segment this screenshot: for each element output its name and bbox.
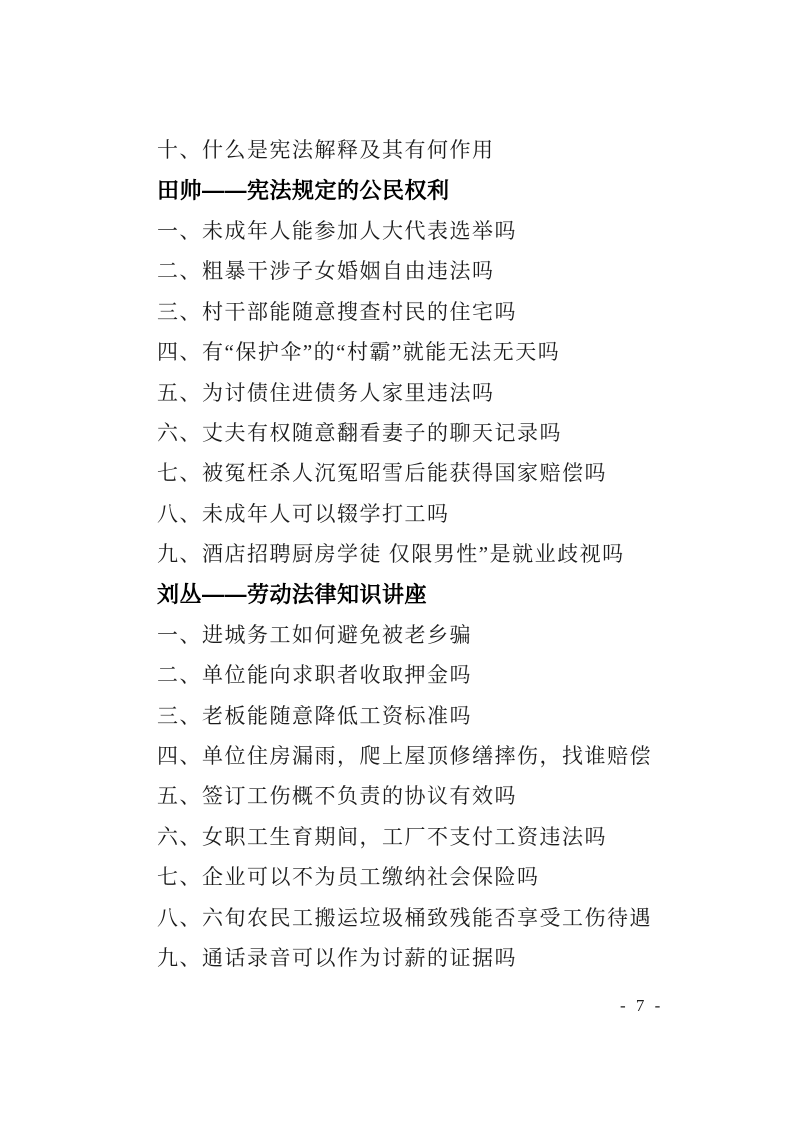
toc-item: 一、未成年人能参加人大代表选举吗 xyxy=(157,210,717,250)
toc-item: 四、有“保护伞”的“村霸”就能无法无天吗 xyxy=(157,331,717,371)
toc-item: 九、酒店招聘厨房学徒 仅限男性”是就业歧视吗 xyxy=(157,533,717,573)
toc-item: 三、老板能随意降低工资标准吗 xyxy=(157,694,717,734)
toc-item: 五、签订工伤概不负责的协议有效吗 xyxy=(157,775,717,815)
page-number: - 7 - xyxy=(620,996,663,1016)
toc-item: 七、被冤枉杀人沉冤昭雪后能获得国家赔偿吗 xyxy=(157,452,717,492)
toc-item: 二、粗暴干涉子女婚姻自由违法吗 xyxy=(157,250,717,290)
section-heading-constitution: 田帅——宪法规定的公民权利 xyxy=(157,169,717,209)
toc-item: 七、企业可以不为员工缴纳社会保险吗 xyxy=(157,856,717,896)
toc-item: 四、单位住房漏雨，爬上屋顶修缮摔伤，找谁赔偿 xyxy=(157,735,717,775)
section-heading-labor-law: 刘丛——劳动法律知识讲座 xyxy=(157,573,717,613)
toc-item: 三、村干部能随意搜查村民的住宅吗 xyxy=(157,291,717,331)
toc-item: 八、六旬农民工搬运垃圾桶致残能否享受工伤待遇 xyxy=(157,896,717,936)
toc-item: 一、进城务工如何避免被老乡骗 xyxy=(157,614,717,654)
toc-item: 十、什么是宪法解释及其有何作用 xyxy=(157,129,717,169)
toc-item: 五、为讨债住进债务人家里违法吗 xyxy=(157,371,717,411)
toc-item: 二、单位能向求职者收取押金吗 xyxy=(157,654,717,694)
toc-item: 六、女职工生育期间，工厂不支付工资违法吗 xyxy=(157,816,717,856)
toc-item: 八、未成年人可以辍学打工吗 xyxy=(157,493,717,533)
document-page: 十、什么是宪法解释及其有何作用 田帅——宪法规定的公民权利 一、未成年人能参加人… xyxy=(0,0,794,1123)
toc-item: 六、丈夫有权随意翻看妻子的聊天记录吗 xyxy=(157,412,717,452)
toc-content: 十、什么是宪法解释及其有何作用 田帅——宪法规定的公民权利 一、未成年人能参加人… xyxy=(157,129,717,977)
toc-item: 九、通话录音可以作为讨薪的证据吗 xyxy=(157,937,717,977)
